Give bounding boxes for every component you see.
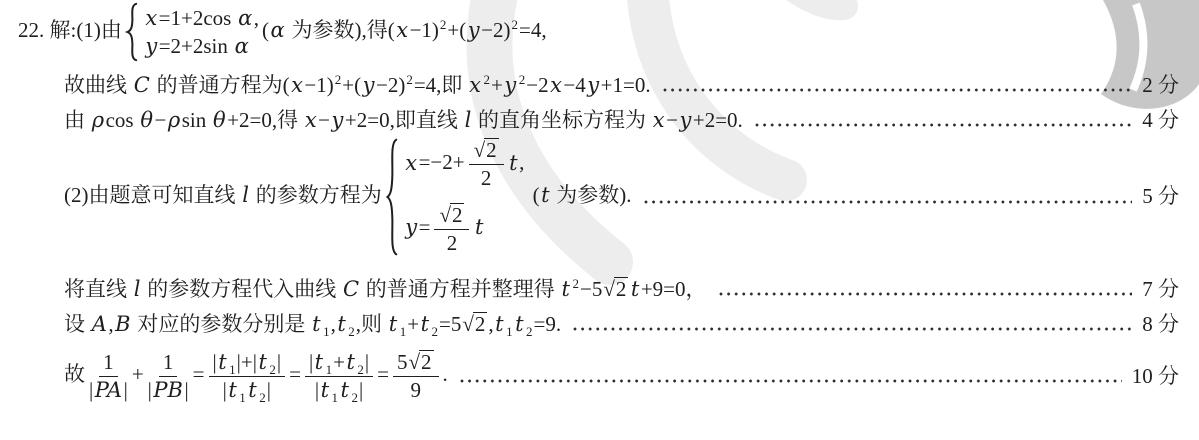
superscript: 2 [439, 17, 448, 32]
solution-content: 22. 解:(1)由x=1+2cos α,y=2+2sin α(α 为参数),得… [0, 0, 1199, 440]
math-variable: y [503, 73, 518, 97]
math-variable: C [341, 277, 360, 301]
subscript: 2 [431, 324, 440, 339]
math-variable: l [132, 277, 142, 301]
math-variable: l [463, 108, 473, 132]
fraction: |t1|+|t2||t1t2| [209, 350, 286, 403]
math-variable: y [466, 18, 481, 42]
solution-line-3: 由 ρcos θ−ρsin θ+2=0,得 x−y+2=0,即直线 l 的直角坐… [18, 105, 1179, 137]
system-row: x=1+2cos α, [144, 4, 259, 32]
dotted-leader [755, 123, 1132, 127]
subscript: 1 [399, 324, 408, 339]
sqrt-radical: √2 [603, 277, 628, 301]
brace-icon [125, 2, 139, 62]
superscript: 2 [510, 17, 519, 32]
score-label: 10 分 [1132, 361, 1179, 393]
math-variable: y [404, 215, 419, 239]
sqrt-radical: √2 [439, 203, 464, 227]
subscript: 1 [331, 390, 340, 405]
score-label: 2 分 [1142, 70, 1179, 102]
math-variable: t [540, 183, 551, 207]
system-row: y=√22t [404, 203, 525, 256]
math-variable: t [514, 312, 525, 336]
math-variable: t [311, 312, 322, 336]
math-variable: t [629, 277, 640, 301]
math-variable: θ [139, 108, 155, 132]
sqrt-radical: √2 [462, 312, 487, 336]
fraction: √22 [469, 138, 504, 191]
solution-line-1: 22. 解:(1)由x=1+2cos α,y=2+2sin α(α 为参数),得… [18, 2, 1179, 62]
score-label: 8 分 [1142, 309, 1179, 341]
math-variable: t [419, 312, 430, 336]
math-variable: A [90, 312, 108, 336]
superscript: 2 [572, 276, 581, 291]
subscript: 1 [505, 324, 514, 339]
superscript: 2 [518, 72, 527, 87]
math-variable: t [345, 350, 356, 374]
solution-line-7: 故1|PA|+1|PB|=|t1|+|t2||t1t2|=|t1+t2||t1t… [18, 350, 1179, 403]
fraction: √22 [434, 203, 469, 256]
math-variable: x [290, 73, 305, 97]
math-variable: x [651, 108, 666, 132]
math-variable: y [586, 73, 601, 97]
math-variable: y [678, 108, 693, 132]
math-variable: t [319, 378, 330, 402]
subscript: 2 [356, 362, 365, 377]
system-row: y=2+2sin α [144, 32, 259, 60]
fraction: 1|PB| [148, 350, 189, 403]
math-variable: t [473, 215, 484, 239]
math-variable: PB [152, 378, 185, 402]
math-variable: t [257, 350, 268, 374]
math-variable: x [404, 151, 419, 175]
math-variable: C [132, 73, 151, 97]
dotted-leader [573, 327, 1132, 331]
math-variable: ρ [90, 108, 105, 132]
math-variable: t [217, 350, 228, 374]
system-row: x=−2+√22t, [404, 138, 525, 191]
fraction: 5√29 [393, 350, 439, 403]
score-label: 5 分 [1142, 181, 1179, 213]
math-variable: PA [93, 378, 123, 402]
subscript: 1 [238, 390, 247, 405]
math-variable: ρ [166, 108, 181, 132]
math-variable: t [227, 378, 238, 402]
subscript: 2 [347, 324, 356, 339]
math-variable: t [247, 378, 258, 402]
math-variable: α [237, 6, 254, 30]
subscript: 2 [258, 390, 267, 405]
math-variable: x [144, 6, 159, 30]
dotted-leader [719, 292, 1133, 296]
math-variable: t [313, 350, 324, 374]
subscript: 2 [525, 324, 534, 339]
math-variable: t [494, 312, 505, 336]
math-variable: t [339, 378, 350, 402]
superscript: 2 [483, 72, 492, 87]
math-variable: y [144, 34, 159, 58]
fraction: |t1+t2||t1t2| [305, 350, 373, 403]
math-variable: α [269, 18, 286, 42]
math-variable: x [395, 18, 410, 42]
math-variable: x [468, 73, 483, 97]
math-variable: α [233, 34, 250, 58]
dotted-leader [460, 379, 1122, 383]
math-variable: x [549, 73, 564, 97]
math-variable: t [387, 312, 398, 336]
score-label: 7 分 [1142, 274, 1179, 306]
math-variable: B [114, 312, 132, 336]
solution-line-2: 故曲线 C 的普通方程为(x−1)2+(y−2)2=4,即 x2+y2−2x−4… [18, 70, 1179, 102]
fraction: 1|PA| [89, 350, 128, 403]
sqrt-radical: √2 [474, 138, 499, 162]
subscript: 1 [325, 362, 334, 377]
dotted-leader [663, 88, 1133, 92]
math-variable: y [330, 108, 345, 132]
solution-line-4: (2)由题意可知直线 l 的参数方程为x=−2+√22t,y=√22t (t 为… [18, 136, 1179, 258]
math-variable: y [361, 73, 376, 97]
solution-line-6: 设 A,B 对应的参数分别是 t1,t2,则 t1+t2=5√2,t1t2=9.… [18, 309, 1179, 341]
math-variable: t [508, 151, 519, 175]
solution-line-5: 将直线 l 的参数方程代入曲线 C 的普通方程并整理得 t2−5√2t+9=0，… [18, 274, 1179, 306]
answer-sheet-page: 22. 解:(1)由x=1+2cos α,y=2+2sin α(α 为参数),得… [0, 0, 1199, 440]
superscript: 2 [405, 72, 414, 87]
dotted-leader [644, 200, 1133, 204]
superscript: 2 [334, 72, 343, 87]
math-variable: l [241, 183, 251, 207]
math-variable: t [336, 312, 347, 336]
subscript: 2 [268, 362, 277, 377]
subscript: 2 [351, 390, 360, 405]
equation-system: x=−2+√22t,y=√22t [385, 136, 525, 258]
math-variable: t [560, 277, 571, 301]
sqrt-radical: √2 [408, 350, 433, 374]
math-variable: θ [211, 108, 227, 132]
brace-icon [385, 136, 399, 258]
math-variable: x [303, 108, 318, 132]
subscript: 1 [322, 324, 331, 339]
subscript: 1 [228, 362, 237, 377]
score-label: 4 分 [1142, 105, 1179, 137]
equation-system: x=1+2cos α,y=2+2sin α [125, 2, 259, 62]
